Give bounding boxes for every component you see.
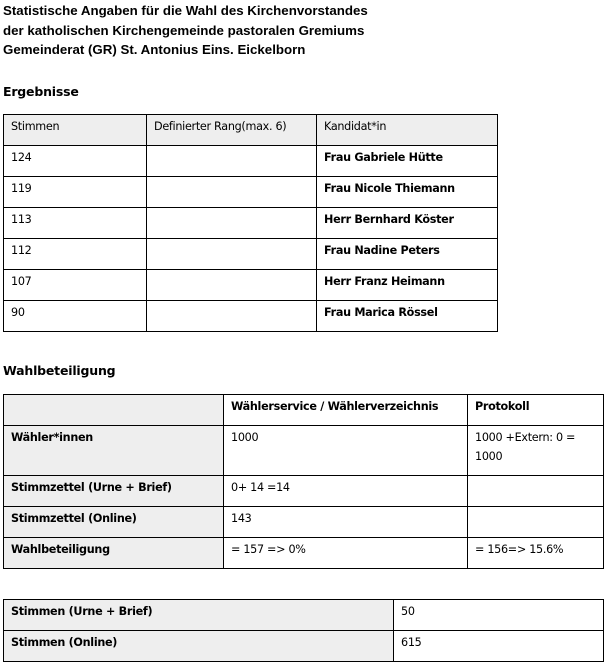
row-label: Wähler*innen: [4, 426, 224, 476]
candidate-cell: Frau Nicole Thiemann: [317, 177, 498, 208]
votes-cell: 107: [4, 270, 147, 301]
protocol-cell: [468, 476, 604, 507]
rank-cell: [147, 239, 317, 270]
service-cell: = 157 => 0%: [224, 538, 468, 569]
table-row: Stimmen (Online) 615: [4, 631, 604, 662]
turnout-table: Wählerservice / Wählerverzeichnis Protok…: [3, 394, 604, 569]
votes-cell: 119: [4, 177, 147, 208]
table-row: Stimmen (Urne + Brief) 50: [4, 600, 604, 631]
table-header-row: Stimmen Definierter Rang(max. 6) Kandida…: [4, 115, 498, 146]
votes-cell: 124: [4, 146, 147, 177]
column-header-empty: [4, 395, 224, 426]
table-row: 119 Frau Nicole Thiemann: [4, 177, 498, 208]
value-cell: 50: [394, 600, 604, 631]
rank-cell: [147, 270, 317, 301]
title-line: Statistische Angaben für die Wahl des Ki…: [3, 1, 368, 21]
document-title: Statistische Angaben für die Wahl des Ki…: [3, 1, 368, 60]
table-header-row: Wählerservice / Wählerverzeichnis Protok…: [4, 395, 604, 426]
rank-cell: [147, 208, 317, 239]
table-row: 107 Herr Franz Heimann: [4, 270, 498, 301]
row-label: Stimmen (Online): [4, 631, 394, 662]
row-label: Stimmzettel (Urne + Brief): [4, 476, 224, 507]
candidate-cell: Herr Bernhard Köster: [317, 208, 498, 239]
column-header-rank: Definierter Rang(max. 6): [147, 115, 317, 146]
table-row: Wähler*innen 1000 1000 +Extern: 0 = 1000: [4, 426, 604, 476]
value-cell: 615: [394, 631, 604, 662]
title-line: Gemeinderat (GR) St. Antonius Eins. Eick…: [3, 40, 368, 60]
column-header-service: Wählerservice / Wählerverzeichnis: [224, 395, 468, 426]
row-label: Wahlbeteiligung: [4, 538, 224, 569]
votes-cell: 112: [4, 239, 147, 270]
rank-cell: [147, 301, 317, 332]
candidate-cell: Herr Franz Heimann: [317, 270, 498, 301]
results-table: Stimmen Definierter Rang(max. 6) Kandida…: [3, 114, 498, 332]
row-label: Stimmen (Urne + Brief): [4, 600, 394, 631]
column-header-candidate: Kandidat*in: [317, 115, 498, 146]
protocol-cell: 1000 +Extern: 0 = 1000: [468, 426, 604, 476]
table-row: Wahlbeteiligung = 157 => 0% = 156=> 15.6…: [4, 538, 604, 569]
title-line: der katholischen Kirchengemeinde pastora…: [3, 21, 368, 41]
column-header-votes: Stimmen: [4, 115, 147, 146]
table-row: 90 Frau Marica Rössel: [4, 301, 498, 332]
table-row: 112 Frau Nadine Peters: [4, 239, 498, 270]
candidate-cell: Frau Marica Rössel: [317, 301, 498, 332]
votes-summary-table: Stimmen (Urne + Brief) 50 Stimmen (Onlin…: [3, 599, 604, 662]
row-label: Stimmzettel (Online): [4, 507, 224, 538]
service-cell: 1000: [224, 426, 468, 476]
protocol-cell: = 156=> 15.6%: [468, 538, 604, 569]
results-heading: Ergebnisse: [3, 84, 79, 100]
votes-cell: 113: [4, 208, 147, 239]
service-cell: 143: [224, 507, 468, 538]
table-row: 113 Herr Bernhard Köster: [4, 208, 498, 239]
table-row: Stimmzettel (Online) 143: [4, 507, 604, 538]
turnout-heading: Wahlbeteiligung: [3, 363, 115, 379]
protocol-cell: [468, 507, 604, 538]
service-cell: 0+ 14 =14: [224, 476, 468, 507]
column-header-protocol: Protokoll: [468, 395, 604, 426]
table-row: Stimmzettel (Urne + Brief) 0+ 14 =14: [4, 476, 604, 507]
rank-cell: [147, 146, 317, 177]
table-row: 124 Frau Gabriele Hütte: [4, 146, 498, 177]
rank-cell: [147, 177, 317, 208]
candidate-cell: Frau Nadine Peters: [317, 239, 498, 270]
candidate-cell: Frau Gabriele Hütte: [317, 146, 498, 177]
votes-cell: 90: [4, 301, 147, 332]
